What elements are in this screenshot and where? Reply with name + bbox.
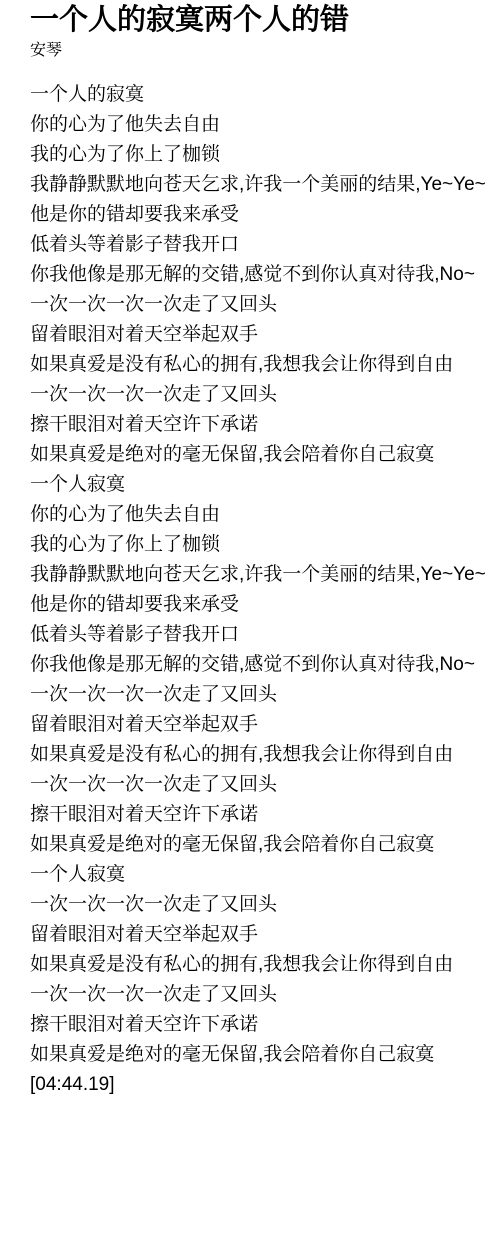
lyric-line: 如果真爱是没有私心的拥有,我想我会让你得到自由	[30, 950, 500, 980]
lyric-line: 擦干眼泪对着天空许下承诺	[30, 1010, 500, 1040]
lyric-line: 一次一次一次一次走了又回头	[30, 980, 500, 1010]
lyric-line: 你的心为了他失去自由	[30, 110, 500, 140]
lyric-line: 留着眼泪对着天空举起双手	[30, 320, 500, 350]
lyric-line: 留着眼泪对着天空举起双手	[30, 710, 500, 740]
lyric-line: 我的心为了你上了枷锁	[30, 140, 500, 170]
lyrics-page: 一个人的寂寞两个人的错 安琴 一个人的寂寞你的心为了他失去自由我的心为了你上了枷…	[0, 0, 500, 1100]
lyric-line: 擦干眼泪对着天空许下承诺	[30, 410, 500, 440]
lyric-line: 一次一次一次一次走了又回头	[30, 680, 500, 710]
lyric-line: 你我他像是那无解的交错,感觉不到你认真对待我,No~	[30, 260, 500, 290]
lyric-line: 我的心为了你上了枷锁	[30, 530, 500, 560]
lyric-line: 如果真爱是绝对的毫无保留,我会陪着你自己寂寞	[30, 1040, 500, 1070]
lyric-line: 一个人的寂寞	[30, 80, 500, 110]
lyrics-body: 一个人的寂寞你的心为了他失去自由我的心为了你上了枷锁我静静默默地向苍天乞求,许我…	[30, 80, 500, 1070]
lyric-line: 如果真爱是没有私心的拥有,我想我会让你得到自由	[30, 740, 500, 770]
lyric-line: 一次一次一次一次走了又回头	[30, 770, 500, 800]
lyric-line: 一次一次一次一次走了又回头	[30, 890, 500, 920]
lyric-line: 你的心为了他失去自由	[30, 500, 500, 530]
lyric-line: 他是你的错却要我来承受	[30, 200, 500, 230]
lyric-line: 擦干眼泪对着天空许下承诺	[30, 800, 500, 830]
lyric-line: 他是你的错却要我来承受	[30, 590, 500, 620]
lyric-line: 如果真爱是绝对的毫无保留,我会陪着你自己寂寞	[30, 440, 500, 470]
duration-timestamp: [04:44.19]	[30, 1070, 500, 1100]
lyric-line: 一次一次一次一次走了又回头	[30, 290, 500, 320]
lyric-line: 如果真爱是绝对的毫无保留,我会陪着你自己寂寞	[30, 830, 500, 860]
song-title: 一个人的寂寞两个人的错	[30, 0, 500, 40]
lyric-line: 如果真爱是没有私心的拥有,我想我会让你得到自由	[30, 350, 500, 380]
lyric-line: 低着头等着影子替我开口	[30, 620, 500, 650]
lyric-line: 我静静默默地向苍天乞求,许我一个美丽的结果,Ye~Ye~	[30, 560, 500, 590]
lyric-line: 留着眼泪对着天空举起双手	[30, 920, 500, 950]
lyric-line: 一个人寂寞	[30, 860, 500, 890]
lyric-line: 一个人寂寞	[30, 470, 500, 500]
lyric-line: 一次一次一次一次走了又回头	[30, 380, 500, 410]
lyric-line: 我静静默默地向苍天乞求,许我一个美丽的结果,Ye~Ye~	[30, 170, 500, 200]
lyric-line: 你我他像是那无解的交错,感觉不到你认真对待我,No~	[30, 650, 500, 680]
artist-name: 安琴	[30, 40, 500, 62]
lyric-line: 低着头等着影子替我开口	[30, 230, 500, 260]
